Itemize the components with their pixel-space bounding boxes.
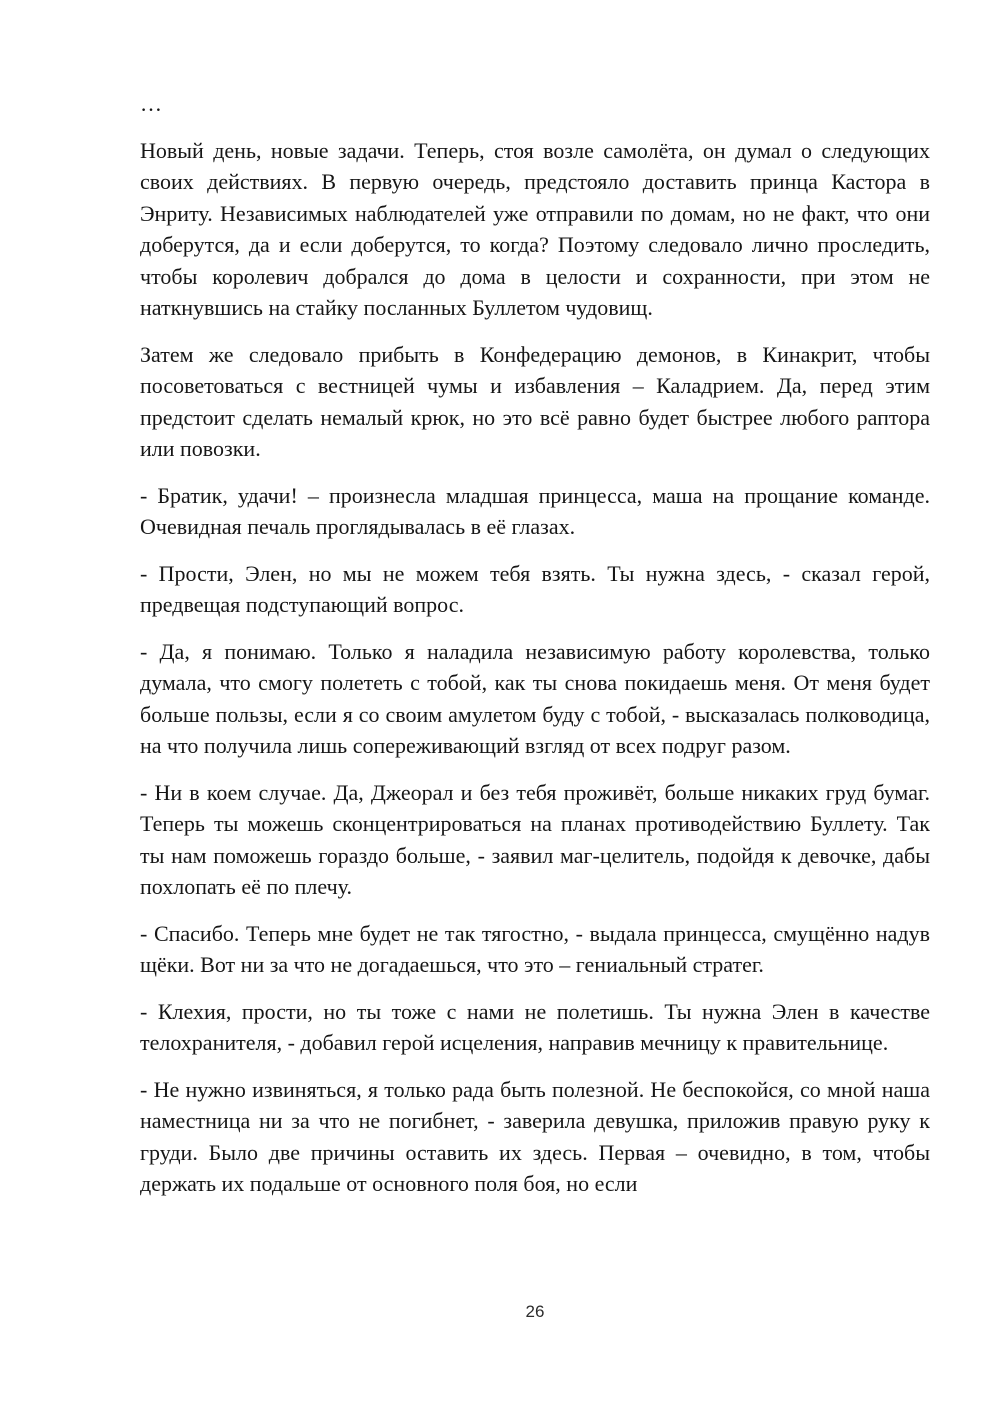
ellipsis-line: …	[140, 88, 930, 120]
text-content: … Новый день, новые задачи. Теперь, стоя…	[140, 88, 930, 1215]
paragraph: - Прости, Элен, но мы не можем тебя взят…	[140, 558, 930, 621]
paragraph: - Спасибо. Теперь мне будет не так тягос…	[140, 918, 930, 981]
paragraph: Новый день, новые задачи. Теперь, стоя в…	[140, 135, 930, 324]
document-page: … Новый день, новые задачи. Теперь, стоя…	[0, 0, 1000, 1414]
paragraph: - Не нужно извиняться, я только рада быт…	[140, 1074, 930, 1200]
paragraph: - Да, я понимаю. Только я наладила незав…	[140, 636, 930, 762]
paragraph: Затем же следовало прибыть в Конфедераци…	[140, 339, 930, 465]
page-number: 26	[140, 1302, 930, 1322]
paragraph: - Клехия, прости, но ты тоже с нами не п…	[140, 996, 930, 1059]
paragraph: - Ни в коем случае. Да, Джеорал и без те…	[140, 777, 930, 903]
paragraph: - Братик, удачи! – произнесла младшая пр…	[140, 480, 930, 543]
